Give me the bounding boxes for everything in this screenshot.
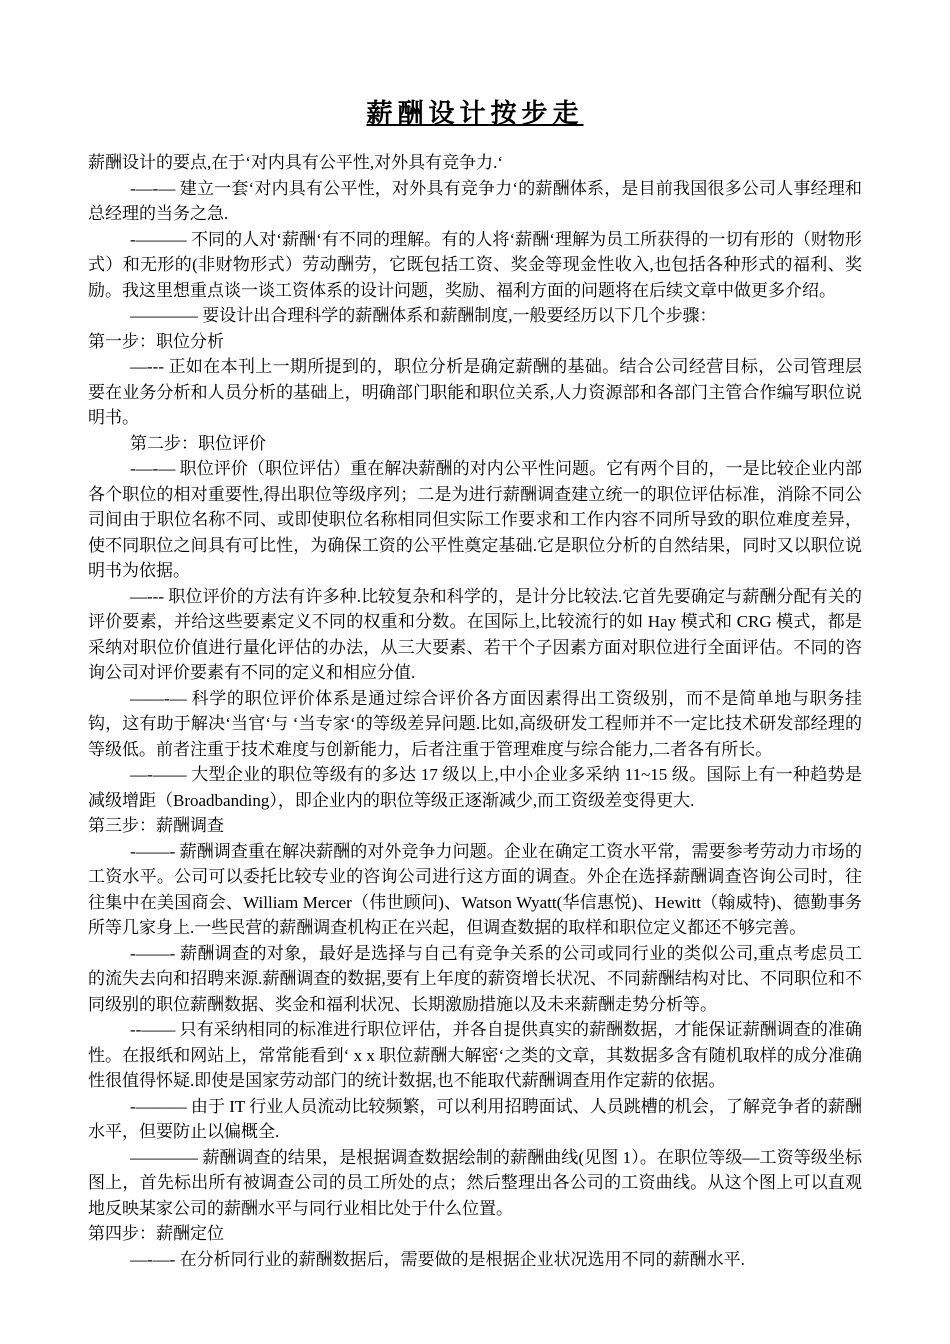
paragraph-salary-meaning: -——— 不同的人对‘薪酬‘有不同的理解。有的人将‘薪酬‘理解为员工所获得的一切… [88, 227, 862, 304]
paragraph-survey-targets: -——- 薪酬调查的对象，最好是选择与自己有竞争关系的公司或同行业的类似公司,重… [88, 941, 862, 1018]
step-heading-4: 第四步：薪酬定位 [88, 1221, 862, 1247]
paragraph-grade-system: ——-— 科学的职位评价体系是通过综合评价各方面因素得出工资级别，而不是简单地与… [88, 686, 862, 763]
paragraph-job-analysis: —--- 正如在本刊上一期所提到的，职位分析是确定薪酬的基础。结合公司经营目标，… [88, 354, 862, 431]
intro-paragraph: 薪酬设计的要点,在于‘对内具有公平性,对外具有竞争力.‘ [88, 150, 862, 176]
step-heading-3: 第三步：薪酬调查 [88, 813, 862, 839]
paragraph-broadbanding: —-—— 大型企业的职位等级有的多达 17 级以上,中小企业多采纳 11~15 … [88, 762, 862, 813]
paragraph-evaluation-methods: —--- 职位评价的方法有许多种.比较复杂和科学的，是计分比较法.它首先要确定与… [88, 584, 862, 686]
step-heading-1: 第一步：职位分析 [88, 329, 862, 355]
paragraph-build-system: -—-— 建立一套‘对内具有公平性，对外具有竞争力‘的薪酬体系，是目前我国很多公… [88, 176, 862, 227]
paragraph-survey-accuracy: --—— 只有采纳相同的标准进行职位评估，并各自提供真实的薪酬数据，才能保证薪酬… [88, 1017, 862, 1094]
paragraph-it-turnover: -——— 由于 IT 行业人员流动比较频繁，可以利用招聘面试、人员跳槽的机会，了… [88, 1094, 862, 1145]
document-page: 薪酬设计按步走 薪酬设计的要点,在于‘对内具有公平性,对外具有竞争力.‘ -—-… [0, 0, 950, 1344]
paragraph-salary-positioning: —-—- 在分析同行业的薪酬数据后，需要做的是根据企业状况选用不同的薪酬水平. [88, 1247, 862, 1273]
document-title: 薪酬设计按步走 [88, 96, 862, 132]
step-heading-2: 第二步：职位评价 [88, 431, 862, 457]
paragraph-job-evaluation: -—-— 职位评价（职位评估）重在解决薪酬的对内公平性问题。它有两个目的，一是比… [88, 456, 862, 584]
paragraph-salary-curve: ———— 薪酬调查的结果，是根据调查数据绘制的薪酬曲线(见图 1）。在职位等级—… [88, 1145, 862, 1222]
paragraph-steps-lead-in: ———— 要设计出合理科学的薪酬体系和薪酬制度,一般要经历以下几个步骤： [88, 303, 862, 329]
paragraph-salary-survey: -——- 薪酬调查重在解决薪酬的对外竞争力问题。企业在确定工资水平常，需要参考劳… [88, 839, 862, 941]
